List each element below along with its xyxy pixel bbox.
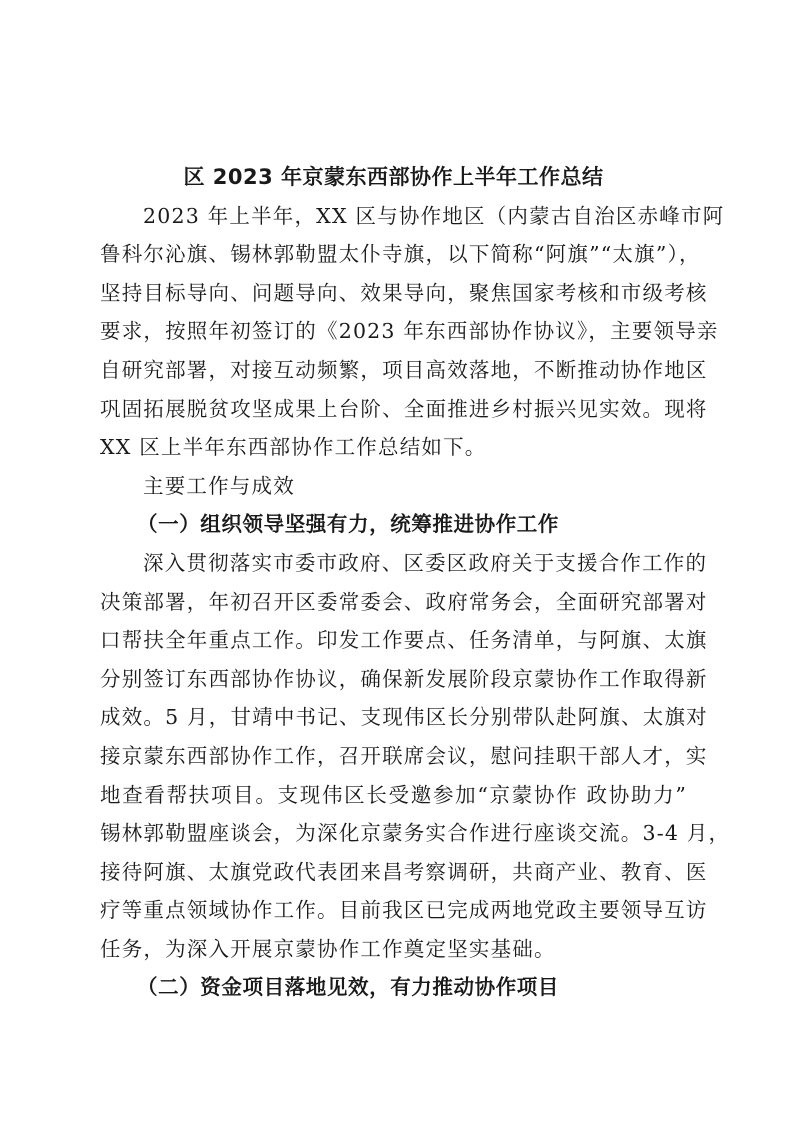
section-heading-1: （一）组织领导坚强有力，统筹推进协作工作 xyxy=(100,505,687,544)
section-label: 主要工作与成效 xyxy=(100,467,687,506)
document-page: 区 2023 年京蒙东西部协作上半年工作总结 2023 年上半年，XX 区与协作… xyxy=(0,0,793,1122)
section-1-line: 任务，为深入开展京蒙协作工作奠定坚实基础。 xyxy=(100,930,687,969)
intro-line: 坚持目标导向、问题导向、效果导向，聚焦国家考核和市级考核 xyxy=(100,274,687,313)
section-1-line: 疗等重点领域协作工作。目前我区已完成两地党政主要领导互访 xyxy=(100,891,687,930)
section-1-line: 地查看帮扶项目。支现伟区长受邀参加“京蒙协作 政协助力” xyxy=(100,776,687,815)
section-1-line: 决策部署，年初召开区委常委会、政府常务会，全面研究部署对 xyxy=(100,583,687,622)
section-1-line: 接京蒙东西部协作工作，召开联席会议，慰问挂职干部人才，实 xyxy=(100,737,687,776)
intro-line: 2023 年上半年，XX 区与协作地区（内蒙古自治区赤峰市阿 xyxy=(100,197,687,236)
intro-line: 巩固拓展脱贫攻坚成果上台阶、全面推进乡村振兴见实效。现将 xyxy=(100,390,687,429)
section-heading-2: （二）资金项目落地见效，有力推动协作项目 xyxy=(100,968,687,1007)
section-1-line: 锡林郭勒盟座谈会，为深化京蒙务实合作进行座谈交流。3-4 月， xyxy=(100,814,687,853)
section-1-line: 接待阿旗、太旗党政代表团来昌考察调研，共商产业、教育、医 xyxy=(100,853,687,892)
section-1-line: 成效。5 月，甘靖中书记、支现伟区长分别带队赴阿旗、太旗对 xyxy=(100,698,687,737)
section-1-line: 口帮扶全年重点工作。印发工作要点、任务清单，与阿旗、太旗 xyxy=(100,621,687,660)
section-1-line: 分别签订东西部协作协议，确保新发展阶段京蒙协作工作取得新 xyxy=(100,660,687,699)
document-body: 区 2023 年京蒙东西部协作上半年工作总结 2023 年上半年，XX 区与协作… xyxy=(100,158,687,1007)
intro-line: XX 区上半年东西部协作工作总结如下。 xyxy=(100,428,687,467)
document-title: 区 2023 年京蒙东西部协作上半年工作总结 xyxy=(100,158,687,197)
intro-line: 鲁科尔沁旗、锡林郭勒盟太仆寺旗，以下简称“阿旗”“太旗”）， xyxy=(100,235,687,274)
section-1-line: 深入贯彻落实市委市政府、区委区政府关于支援合作工作的 xyxy=(100,544,687,583)
intro-line: 要求，按照年初签订的《2023 年东西部协作协议》，主要领导亲 xyxy=(100,312,687,351)
intro-line: 自研究部署，对接互动频繁，项目高效落地，不断推动协作地区 xyxy=(100,351,687,390)
